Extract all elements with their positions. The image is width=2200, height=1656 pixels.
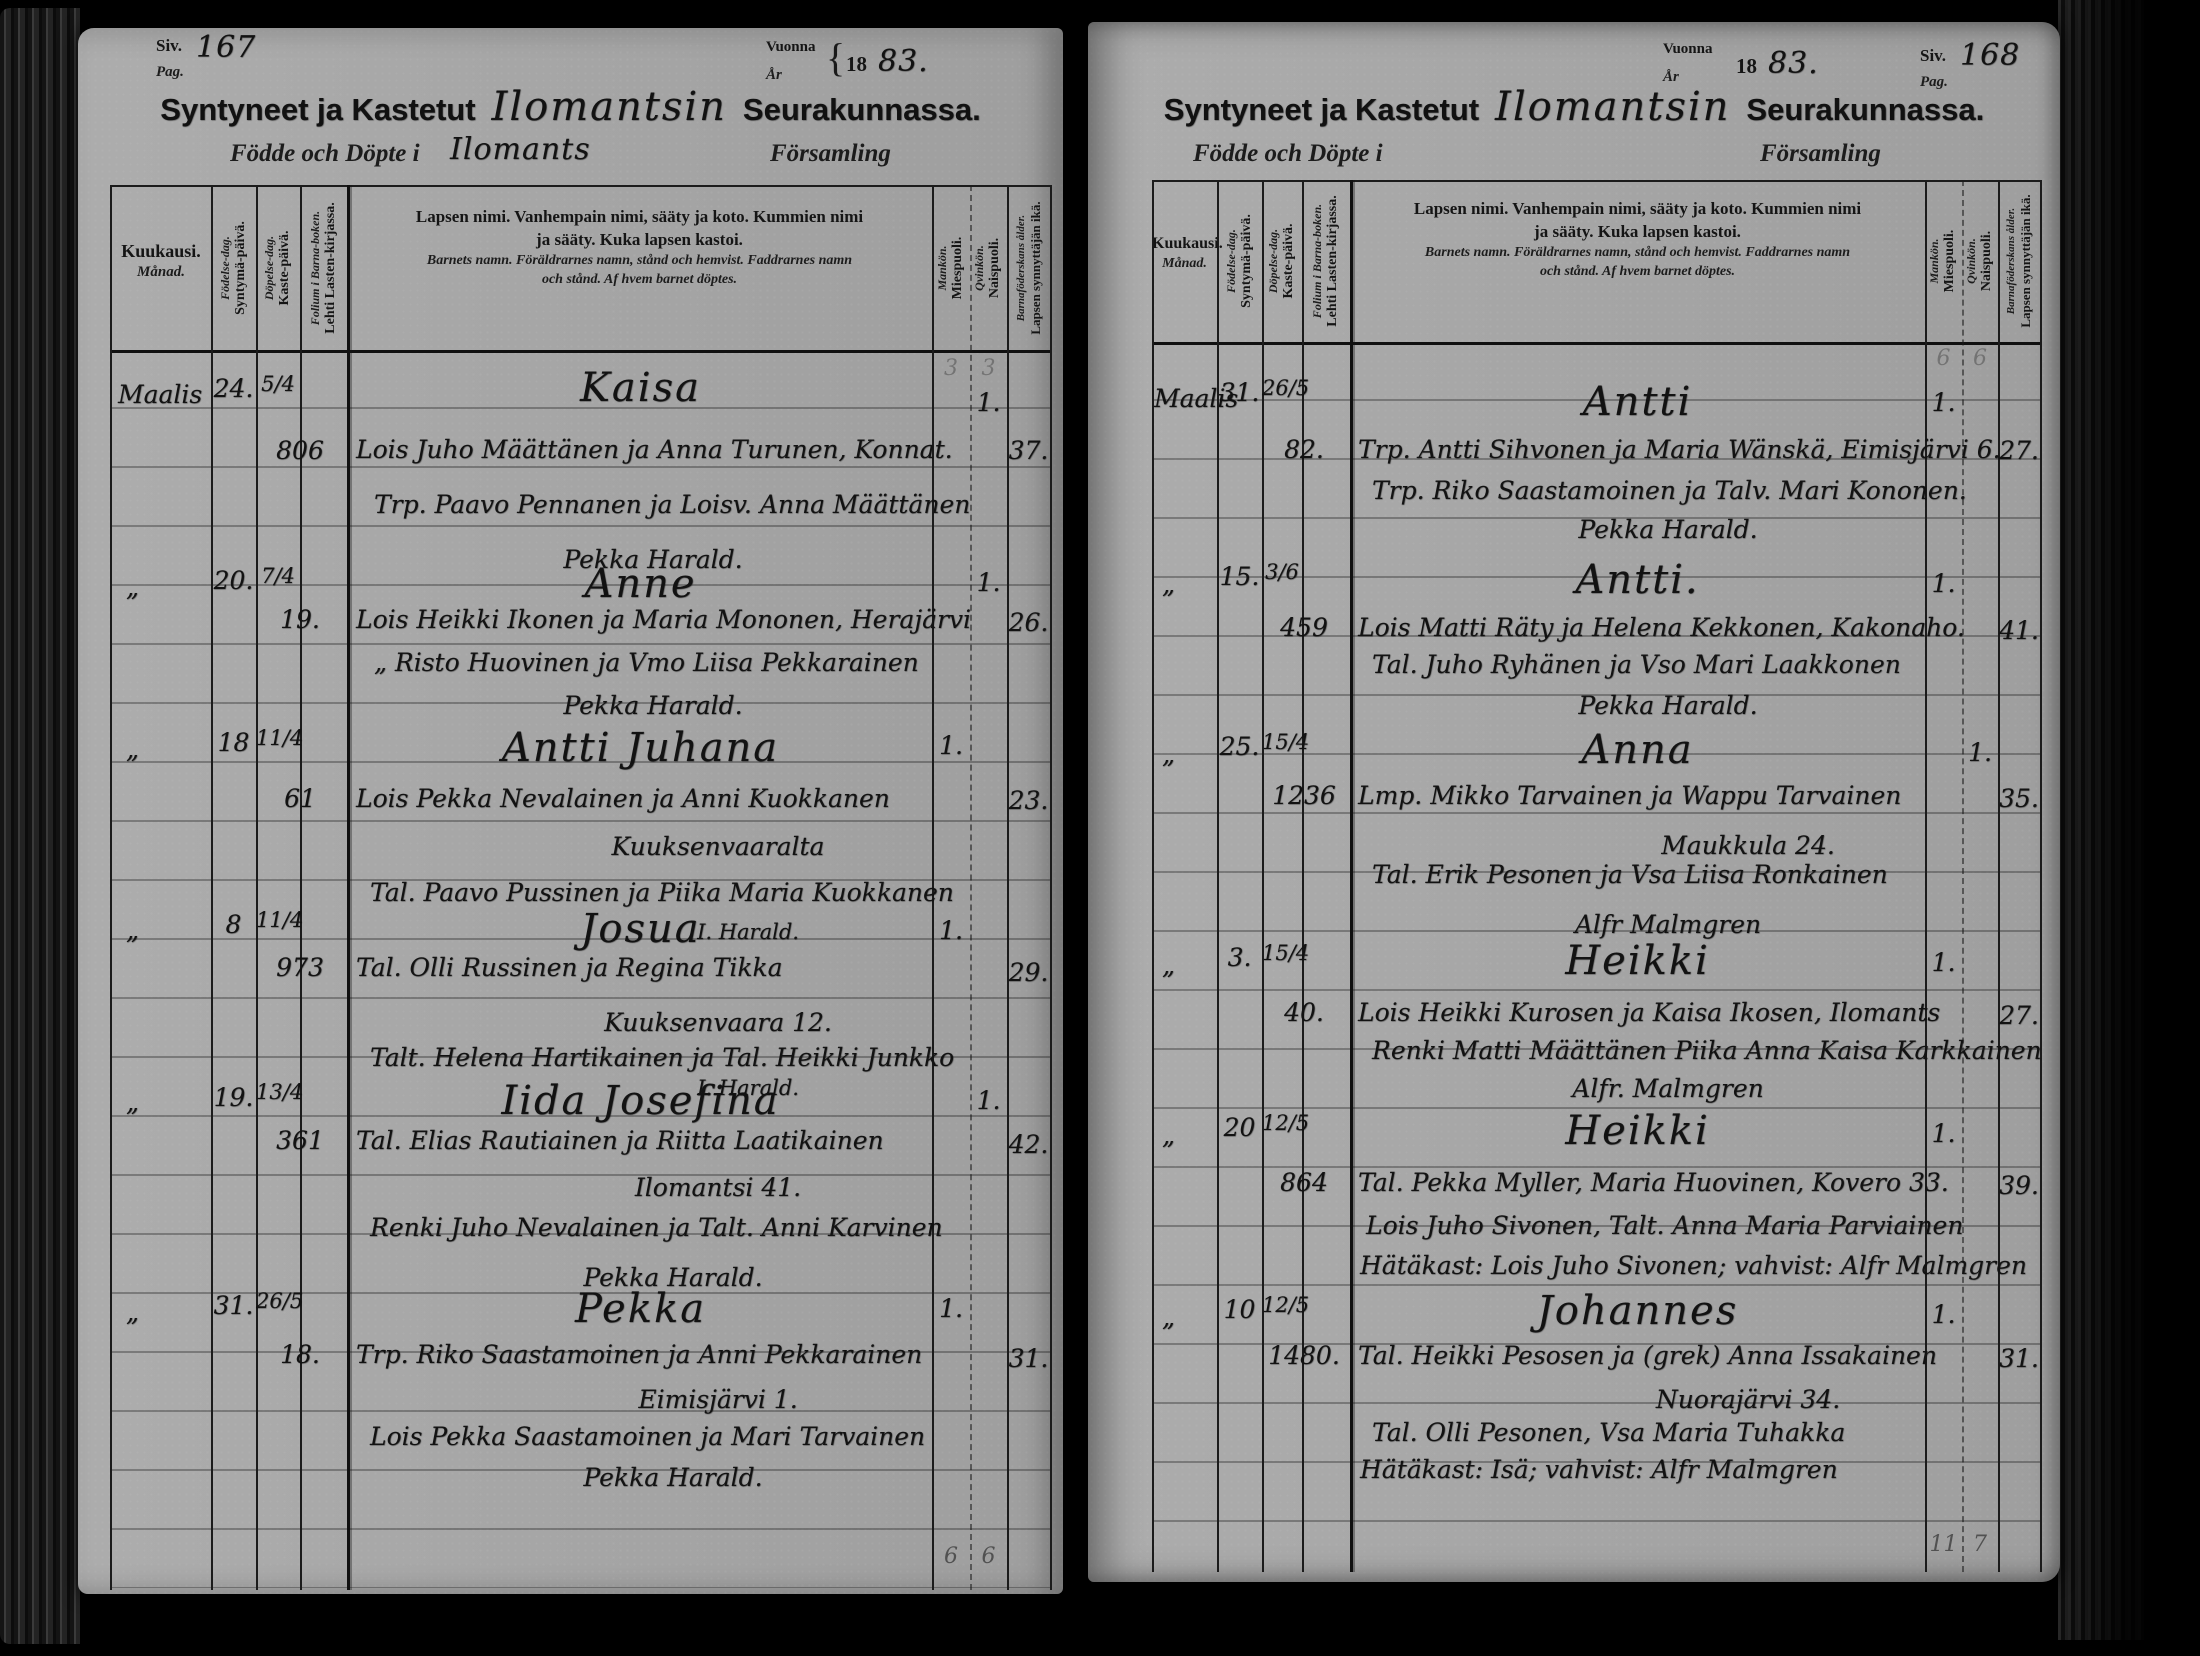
entry-godparents: Renki Juho Nevalainen ja Talt. Anni Karv… (370, 1213, 943, 1242)
entry-baptism-day: 13/4 (256, 1080, 300, 1104)
table-left-border (110, 185, 112, 1590)
year-printed: 18 (1736, 54, 1757, 79)
entry-female-mark: 1. (970, 568, 1007, 597)
title-parish-handwritten: Ilomantsin (492, 84, 727, 130)
column-header-folio: Folium i Barna-boken. Lehti Lasten-kirja… (1294, 181, 1358, 341)
female-label-sv: Qvinkön. (1964, 238, 1978, 284)
entry-birth-day: 20 (1217, 1113, 1262, 1142)
page-number: 167 (196, 30, 256, 65)
entry-baptizer: Pekka Harald. (438, 691, 868, 720)
age-label-fi: Lapsen synnyttäjän ikä. (1028, 201, 1044, 334)
entry-child-name: Heikki (1360, 1108, 1915, 1154)
male-label-sv: Mankön. (935, 245, 949, 290)
entry-baptism-day: 26/5 (256, 1289, 300, 1313)
entry-baptism-day: 3/6 (1262, 560, 1302, 584)
folio-label-sv: Folium i Barna-boken. (1310, 204, 1324, 318)
entry-folio: 973 (258, 953, 342, 982)
entry-baptism-note: Hätäkast: Lois Juho Sivonen; vahvist: Al… (1360, 1251, 2027, 1280)
pencil-tally: 6 (1925, 346, 1962, 371)
year-printed: 18 (846, 52, 867, 77)
pencil-tally: 3 (932, 356, 970, 381)
entry-parents: Lmp. Mikko Tarvainen ja Wappu Tarvainen (1358, 781, 1901, 810)
entry-birth-day: 10 (1217, 1295, 1262, 1324)
subtitle-sv-2: Församling (1760, 140, 1881, 168)
main-label-sv-1: Barnets namn. Föräldrarnes namn, stånd o… (1360, 244, 1915, 263)
entry-month: „ (126, 916, 139, 945)
vuonna-label: Vuonna (766, 36, 815, 59)
entry-female-mark: 1. (1962, 738, 1998, 767)
entry-godparents: Talt. Helena Hartikainen ja Tal. Heikki … (370, 1043, 954, 1072)
entry-male-mark: 1. (1925, 948, 1962, 977)
entry-child-name: Antti. (1360, 557, 1915, 603)
entry-birth-day: 20. (211, 566, 256, 595)
entry-location: Nuorajärvi 34. (1558, 1385, 1938, 1414)
pencil-total-female: 7 (1962, 1532, 1998, 1557)
entry-child-name: Heikki (1360, 938, 1915, 984)
book-scan-photo: Siv. 167 Pag. Vuonna År { 18 83. Syntyne… (0, 0, 2200, 1656)
entry-folio: 1236 (1262, 781, 1346, 810)
entry-mother-age: 29. (1007, 958, 1050, 987)
entry-folio: 459 (1262, 613, 1346, 642)
entry-month: „ (126, 1298, 139, 1327)
entry-godparents: Tal. Juho Ryhänen ja Vso Mari Laakkonen (1372, 650, 1901, 679)
year-handwritten: 83. (878, 44, 929, 79)
entry-location: Ilomantsi 41. (518, 1173, 918, 1202)
entry-month: „ (1162, 1121, 1175, 1150)
entry-birth-day: 3. (1217, 943, 1262, 972)
entry-baptizer: Alfr Malmgren (1458, 910, 1878, 939)
entry-child-name: Pekka (358, 1286, 923, 1332)
entry-male-mark: 1. (1925, 1119, 1962, 1148)
entry-folio: 361 (258, 1126, 342, 1155)
entry-baptizer: Pekka Harald. (1458, 515, 1878, 544)
entry-baptizer: Pekka Harald. (458, 1463, 888, 1492)
entry-month: „ (126, 573, 139, 602)
right-page: Vuonna År 18 83. Siv. 168 Pag. Syntyneet… (1088, 22, 2060, 1582)
entry-baptism-day: 5/4 (256, 372, 300, 396)
entry-baptism-day: 11/4 (256, 726, 300, 750)
entry-parents: Lois Heikki Ikonen ja Maria Mononen, Her… (356, 605, 971, 634)
page-title: Syntyneet ja Kastetut Ilomantsin Seuraku… (1088, 84, 2060, 130)
birthday-label-sv: Födelse-dag. (1224, 229, 1238, 293)
entry-location: Kuuksenvaara 12. (518, 1008, 918, 1037)
entry-birth-day: 24. (211, 374, 256, 403)
entry-baptism-day: 26/5 (1262, 376, 1302, 400)
main-label-fi-1: Lapsen nimi. Vanhempain nimi, sääty ja k… (1360, 198, 1915, 221)
entry-parents: Lois Heikki Kurosen ja Kaisa Ikosen, Ilo… (1358, 998, 1940, 1027)
entry-child-name: Antti Juhana (358, 725, 923, 771)
page-number: 168 (1960, 38, 2020, 73)
entry-birth-day: 19. (211, 1083, 256, 1112)
entry-birth-day: 31. (1217, 378, 1262, 407)
main-label-fi-1: Lapsen nimi. Vanhempain nimi, sääty ja k… (357, 206, 922, 229)
column-line-dashed (1962, 180, 1964, 1572)
title-fi-2: Seurakunnassa. (1746, 92, 1984, 128)
pencil-tally: 6 (1962, 346, 1998, 371)
entry-child-name: Anna (1360, 727, 1915, 773)
table-right-border (1050, 185, 1052, 1590)
entry-month: „ (126, 1088, 139, 1117)
year-brace: { (826, 34, 845, 81)
baptismday-label-sv: Döpelse-dag. (262, 236, 276, 300)
table-top-border (110, 185, 1050, 187)
entry-child-name: Kaisa (358, 365, 923, 411)
entry-parents: Tal. Elias Rautiainen ja Riitta Laatikai… (356, 1126, 884, 1155)
siv-label: Siv. (1920, 46, 1946, 66)
subtitle-sv-2: Församling (770, 140, 891, 168)
entry-folio: 82. (1262, 435, 1346, 464)
entry-birth-day: 25. (1217, 732, 1262, 761)
main-label-sv-2: och stånd. Af hvem barnet döptes. (357, 271, 922, 290)
column-header-folio: Folium i Barna-boken. Lehti Lasten-kirja… (292, 188, 356, 348)
right-page-edges (2058, 0, 2144, 1640)
title-fi-1: Syntyneet ja Kastetut (1164, 92, 1479, 128)
entry-male-mark: 1. (932, 1294, 970, 1323)
column-header-main: Lapsen nimi. Vanhempain nimi, sääty ja k… (1360, 198, 1915, 282)
entry-folio: 18. (258, 1340, 342, 1369)
entry-folio: 806 (258, 436, 342, 465)
siv-label: Siv. (156, 36, 182, 56)
column-line-main (347, 185, 350, 1590)
entry-folio: 864 (1262, 1168, 1346, 1197)
entry-folio: 1480. (1262, 1341, 1346, 1370)
pencil-total-male: 6 (932, 1544, 970, 1569)
entry-mother-age: 41. (1998, 616, 2040, 645)
entry-godparents: Lois Pekka Saastamoinen ja Mari Tarvaine… (370, 1422, 925, 1451)
age-label-sv: Barnaföderskans ålder. (2005, 208, 2018, 314)
entry-month: „ (126, 735, 139, 764)
main-label-fi-2: ja sääty. Kuka lapsen kastoi. (357, 229, 922, 252)
pag-label: Pag. (156, 64, 184, 81)
male-label-sv: Mankön. (1927, 238, 1941, 283)
left-page: Siv. 167 Pag. Vuonna År { 18 83. Syntyne… (78, 28, 1063, 1594)
folio-label-fi: Lehti Lasten-kirjassa. (323, 202, 340, 333)
entry-godparents: Tal. Paavo Pussinen ja Piika Maria Kuokk… (370, 878, 954, 907)
entry-male-mark: 1. (1925, 1300, 1962, 1329)
month-label-fi: Kuukausi. (112, 240, 210, 263)
entry-month: „ (1162, 1303, 1175, 1332)
entry-mother-age: 37. (1007, 436, 1050, 465)
entry-child-name: Iida Josefina (358, 1078, 923, 1124)
entry-baptism-day: 15/4 (1262, 941, 1302, 965)
column-header-mother-age: Barnaföderskans ålder. Lapsen synnyttäjä… (1987, 181, 2051, 341)
entry-folio: 61 (258, 784, 342, 813)
age-label-sv: Barnaföderskans ålder. (1015, 215, 1028, 321)
entry-month: Maalis (118, 380, 202, 409)
entry-baptism-day: 12/5 (1262, 1293, 1302, 1317)
subtitle-sv-1: Födde och Döpte i (1193, 140, 1383, 168)
entry-parents: Lois Matti Räty ja Helena Kekkonen, Kako… (1358, 613, 1965, 642)
entry-baptizer: Pekka Harald. (1458, 691, 1878, 720)
folio-label-sv: Folium i Barna-boken. (308, 211, 322, 325)
entry-mother-age: 31. (1007, 1344, 1050, 1373)
entry-godparents: Renki Matti Määttänen Piika Anna Kaisa K… (1372, 1036, 2042, 1065)
entry-child-name: Josua (358, 906, 923, 952)
month-label-sv: Månad. (112, 263, 210, 283)
entry-parents: Tal. Olli Russinen ja Regina Tikka (356, 953, 783, 982)
entry-parents: Lois Pekka Nevalainen ja Anni Kuokkanen (356, 784, 890, 813)
entry-child-name: Anne (358, 561, 923, 607)
entry-birth-day: 31. (211, 1291, 256, 1320)
entry-godparents: „ Risto Huovinen ja Vmo Liisa Pekkaraine… (374, 648, 919, 677)
entry-location: Eimisjärvi 1. (518, 1385, 918, 1414)
title-parish-handwritten: Ilomantsin (1495, 84, 1730, 130)
entry-mother-age: 31. (1998, 1344, 2040, 1373)
table-right-border (2040, 180, 2042, 1572)
folio-label-fi: Lehti Lasten-kirjassa. (1325, 195, 1342, 326)
entry-mother-age: 26. (1007, 608, 1050, 637)
entry-female-mark: 1. (970, 388, 1007, 417)
entry-child-name: Antti (1360, 379, 1915, 425)
entry-baptism-day: 11/4 (256, 908, 300, 932)
entry-godparents: Lois Juho Sivonen, Talt. Anna Maria Parv… (1366, 1211, 1963, 1240)
entry-location: Kuuksenvaaralta (518, 832, 918, 861)
page-title: Syntyneet ja Kastetut Ilomantsin Seuraku… (78, 84, 1063, 130)
entry-baptism-note: Hätäkast: Isä; vahvist: Alfr Malmgren (1360, 1455, 1838, 1484)
subtitle-sv-1: Födde och Döpte i (230, 140, 420, 168)
column-line-main (1350, 180, 1353, 1572)
entry-mother-age: 27. (1998, 436, 2040, 465)
female-label-sv: Qvinkön. (972, 245, 986, 291)
entry-male-mark: 1. (932, 916, 970, 945)
column-header-month: Kuukausi. Månad. (112, 240, 210, 283)
entry-godparents: Trp. Paavo Pennanen ja Loisv. Anna Määtt… (374, 490, 970, 519)
entry-baptizer: Alfr. Malmgren (1458, 1074, 1878, 1103)
entry-mother-age: 27. (1998, 1001, 2040, 1030)
entry-baptism-day: 7/4 (256, 564, 300, 588)
column-header-mother-age: Barnaföderskans ålder. Lapsen synnyttäjä… (997, 188, 1061, 348)
entry-female-mark: 1. (970, 1086, 1007, 1115)
age-label-fi: Lapsen synnyttäjän ikä. (2018, 194, 2034, 327)
column-header-main: Lapsen nimi. Vanhempain nimi, sääty ja k… (357, 206, 922, 290)
vuonna-label: Vuonna (1663, 38, 1712, 61)
entry-folio: 19. (258, 605, 342, 634)
entry-month: „ (1162, 951, 1175, 980)
entry-godparents: Tal. Olli Pesonen, Vsa Maria Tuhakka (1372, 1418, 1845, 1447)
entry-mother-age: 39. (1998, 1171, 2040, 1200)
entry-birth-day: 8 (211, 910, 256, 939)
main-label-sv-2: och stånd. Af hvem barnet döptes. (1360, 263, 1915, 282)
title-fi-1: Syntyneet ja Kastetut (160, 92, 475, 128)
pencil-tally: 3 (970, 356, 1007, 381)
pencil-total-male: 11 (1925, 1532, 1962, 1557)
entry-month: „ (1162, 740, 1175, 769)
entry-child-name: Johannes (1360, 1288, 1915, 1334)
entry-folio: 40. (1262, 998, 1346, 1027)
column-line (300, 185, 302, 1590)
entry-godparents: Tal. Erik Pesonen ja Vsa Liisa Ronkainen (1372, 860, 1888, 889)
title-fi-2: Seurakunnassa. (743, 92, 981, 128)
entry-birth-day: 15. (1217, 562, 1262, 591)
entry-male-mark: 1. (1925, 569, 1962, 598)
entry-parents: Tal. Pekka Myller, Maria Huovinen, Kover… (1358, 1168, 1949, 1197)
entry-mother-age: 23. (1007, 786, 1050, 815)
left-page-edges (0, 8, 80, 1644)
birthday-label-sv: Födelse-dag. (218, 236, 232, 300)
entry-parents: Lois Juho Määttänen ja Anna Turunen, Kon… (356, 435, 953, 464)
entry-baptism-day: 15/4 (1262, 730, 1302, 754)
entry-month: „ (1162, 570, 1175, 599)
entry-parents: Trp. Antti Sihvonen ja Maria Wänskä, Eim… (1358, 435, 2001, 464)
entry-mother-age: 42. (1007, 1130, 1050, 1159)
entry-male-mark: 1. (932, 731, 970, 760)
year-handwritten: 83. (1768, 46, 1819, 81)
entry-parents: Tal. Heikki Pesosen ja (grek) Anna Issak… (1358, 1341, 1937, 1370)
column-line (1007, 185, 1009, 1590)
pencil-total-female: 6 (970, 1544, 1007, 1569)
entry-male-mark: 1. (1925, 388, 1962, 417)
entry-baptism-day: 12/5 (1262, 1111, 1302, 1135)
baptismday-label-sv: Döpelse-dag. (1266, 229, 1280, 293)
entry-birth-day: 18 (211, 728, 256, 757)
main-label-fi-2: ja sääty. Kuka lapsen kastoi. (1360, 221, 1915, 244)
entry-location: Maukkula 24. (1558, 831, 1938, 860)
entry-godparents: Trp. Riko Saastamoinen ja Talv. Mari Kon… (1372, 476, 1967, 505)
entry-mother-age: 35. (1998, 784, 2040, 813)
subtitle-parish-handwritten: Ilomants (450, 132, 591, 167)
entry-parents: Trp. Riko Saastamoinen ja Anni Pekkarain… (356, 1340, 922, 1369)
main-label-sv-1: Barnets namn. Föräldrarnes namn, stånd o… (357, 252, 922, 271)
